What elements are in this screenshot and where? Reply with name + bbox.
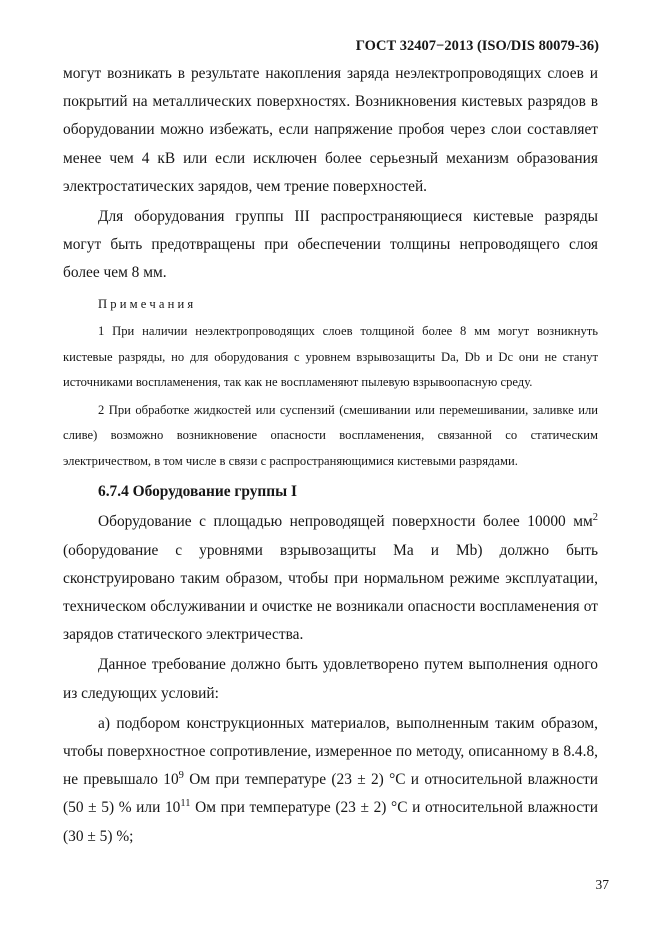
paragraph-item-a: а) подбором конструкционных материалов, … <box>63 710 598 851</box>
note-1: 1 При наличии неэлектропроводящих слоев … <box>63 319 598 396</box>
paragraph-requirement: Данное требование должно быть удовлетвор… <box>63 651 598 707</box>
superscript-mm2: 2 <box>593 512 598 523</box>
notes-label: П р и м е ч а н и я <box>63 292 598 318</box>
doc-code: ГОСТ 32407−2013 (ISO/DIS 80079-36) <box>356 38 599 54</box>
paragraph-continuation: могут возникать в результате накопления … <box>63 60 598 201</box>
document-content: могут возникать в результате накопления … <box>0 60 661 851</box>
paragraph-equipment-text: Оборудование с площадью непроводящей пов… <box>98 513 593 530</box>
paragraph-equipment-text: (оборудование с уровнями взрывозащиты Ma… <box>63 542 598 644</box>
document-page: ГОСТ 32407−2013 (ISO/DIS 80079-36) могут… <box>0 0 661 935</box>
paragraph-equipment: Оборудование с площадью непроводящей пов… <box>63 508 598 649</box>
superscript-10-11: 11 <box>180 798 190 809</box>
paragraph-group3: Для оборудования группы III распространя… <box>63 203 598 288</box>
page-number: 37 <box>596 877 610 893</box>
section-heading-6-7-4: 6.7.4 Оборудование группы I <box>63 478 598 506</box>
page-header: ГОСТ 32407−2013 (ISO/DIS 80079-36) <box>0 0 661 56</box>
note-2: 2 При обработке жидкостей или суспензий … <box>63 398 598 475</box>
